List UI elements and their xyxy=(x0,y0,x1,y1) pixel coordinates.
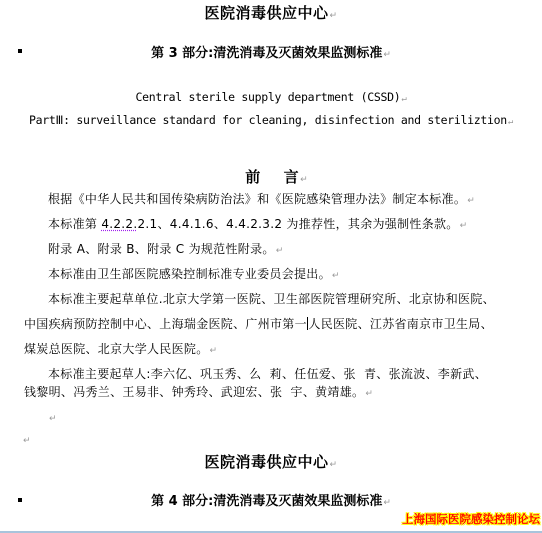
paragraph-legal-basis[interactable]: 根据《中华人民共和国传染病防治法》和《医院感染管理办法》制定本标准。↵ xyxy=(48,190,475,207)
english-subtitle-text: PartⅢ: surveillance standard for cleanin… xyxy=(29,113,507,127)
forum-watermark: 上海国际医院感染控制论坛 xyxy=(402,511,540,527)
empty-paragraph[interactable]: ↵ xyxy=(22,428,31,447)
document-title: 医院消毒供应中心↵ xyxy=(0,2,542,23)
paragraph-mark-icon: ↵ xyxy=(508,117,513,127)
paragraph-text: 根据《中华人民共和国传染病防治法》和《医院感染管理办法》制定本标准。 xyxy=(48,192,466,206)
paragraph-text: 2.1、4.4.1.6、4.4.2.3.2 为推荐性，其余为强制性条款。 xyxy=(137,217,458,231)
document-title-text: 医院消毒供应中心 xyxy=(204,4,328,22)
paragraph-mark-icon: ↵ xyxy=(300,175,308,185)
paragraph-mark-icon: ↵ xyxy=(383,50,391,60)
paragraph-text: 本标准主要起草人:李六亿、巩玉秀、么 莉、任伍爱、张 青、张流波、李新武、 xyxy=(48,367,487,381)
paragraph-mark-icon: ↵ xyxy=(23,436,31,446)
english-title: Central sterile supply department (CSSD)… xyxy=(0,90,542,104)
paragraph-mark-icon: ↵ xyxy=(401,94,406,104)
paragraph-mark-icon: ↵ xyxy=(329,460,337,470)
paragraph-text: 人民医院、江苏省南京市卫生局、 xyxy=(308,317,493,331)
paragraph-text: 附录 A、附录 B、附录 C 为规范性附录。 xyxy=(48,242,275,256)
drafters-line-2[interactable]: 钱黎明、冯秀兰、王易非、钟秀玲、武迎宏、张 宇、黄靖雄。↵ xyxy=(24,383,373,400)
paragraph-text: 本标准主要起草单位.北京大学第一医院、卫生部医院管理研究所、北京协和医院、 xyxy=(48,292,495,306)
preface-heading: 前 言↵ xyxy=(0,148,542,187)
paragraph-proposer[interactable]: 本标准由卫生部医院感染控制标准专业委员会提出。↵ xyxy=(48,265,340,282)
paragraph-text: 中国疾病预防控制中心、上海瑞金医院、广州市第一 xyxy=(24,317,307,331)
paragraph-mark-icon: ↵ xyxy=(210,346,218,356)
drafting-units-line-1[interactable]: 本标准主要起草单位.北京大学第一医院、卫生部医院管理研究所、北京协和医院、 xyxy=(48,290,495,307)
english-title-text: Central sterile supply department (CSSD) xyxy=(135,90,400,104)
paragraph-text: 煤炭总医院、北京大学人民医院。 xyxy=(24,342,209,356)
paragraph-appendices[interactable]: 附录 A、附录 B、附录 C 为规范性附录。↵ xyxy=(48,240,284,257)
document-title-text: 医院消毒供应中心 xyxy=(204,453,328,471)
part-4-heading-text: 第 4 部分:清洗消毒及灭菌效果监测标准 xyxy=(151,494,382,509)
paragraph-text: 本标准第 xyxy=(48,217,101,231)
paragraph-mark-icon: ↵ xyxy=(49,414,57,424)
drafting-units-line-3[interactable]: 煤炭总医院、北京大学人民医院。↵ xyxy=(24,340,217,357)
paragraph-recommended-clauses[interactable]: 本标准第 4.2.2.2.1、4.4.1.6、4.4.2.3.2 为推荐性，其余… xyxy=(48,215,467,232)
paragraph-mark-icon: ↵ xyxy=(383,498,391,508)
english-subtitle: PartⅢ: surveillance standard for cleanin… xyxy=(0,113,542,127)
drafting-units-line-2[interactable]: 中国疾病预防控制中心、上海瑞金医院、广州市第一人民医院、江苏省南京市卫生局、 xyxy=(24,315,493,332)
part-3-heading: 第 3 部分:清洗消毒及灭菌效果监测标准↵ xyxy=(0,42,542,61)
preface-heading-text: 前 言 xyxy=(245,168,299,186)
part-4-heading: 第 4 部分:清洗消毒及灭菌效果监测标准↵ xyxy=(0,490,542,509)
drafters-line-1[interactable]: 本标准主要起草人:李六亿、巩玉秀、么 莉、任伍爱、张 青、张流波、李新武、 xyxy=(48,365,487,382)
empty-paragraph[interactable]: ↵ xyxy=(48,406,57,425)
paragraph-mark-icon: ↵ xyxy=(460,221,468,231)
paragraph-mark-icon: ↵ xyxy=(332,271,340,281)
paragraph-mark-icon: ↵ xyxy=(467,196,475,206)
paragraph-mark-icon: ↵ xyxy=(365,389,373,399)
part-3-heading-text: 第 3 部分:清洗消毒及灭菌效果监测标准 xyxy=(151,46,382,61)
paragraph-text: 钱黎明、冯秀兰、王易非、钟秀玲、武迎宏、张 宇、黄靖雄。 xyxy=(24,385,364,399)
spell-check-flagged-text[interactable]: 4.2.2. xyxy=(101,217,137,231)
document-title-2: 医院消毒供应中心↵ xyxy=(0,451,542,472)
paragraph-mark-icon: ↵ xyxy=(276,246,284,256)
paragraph-mark-icon: ↵ xyxy=(329,11,337,21)
paragraph-text: 本标准由卫生部医院感染控制标准专业委员会提出。 xyxy=(48,267,331,281)
